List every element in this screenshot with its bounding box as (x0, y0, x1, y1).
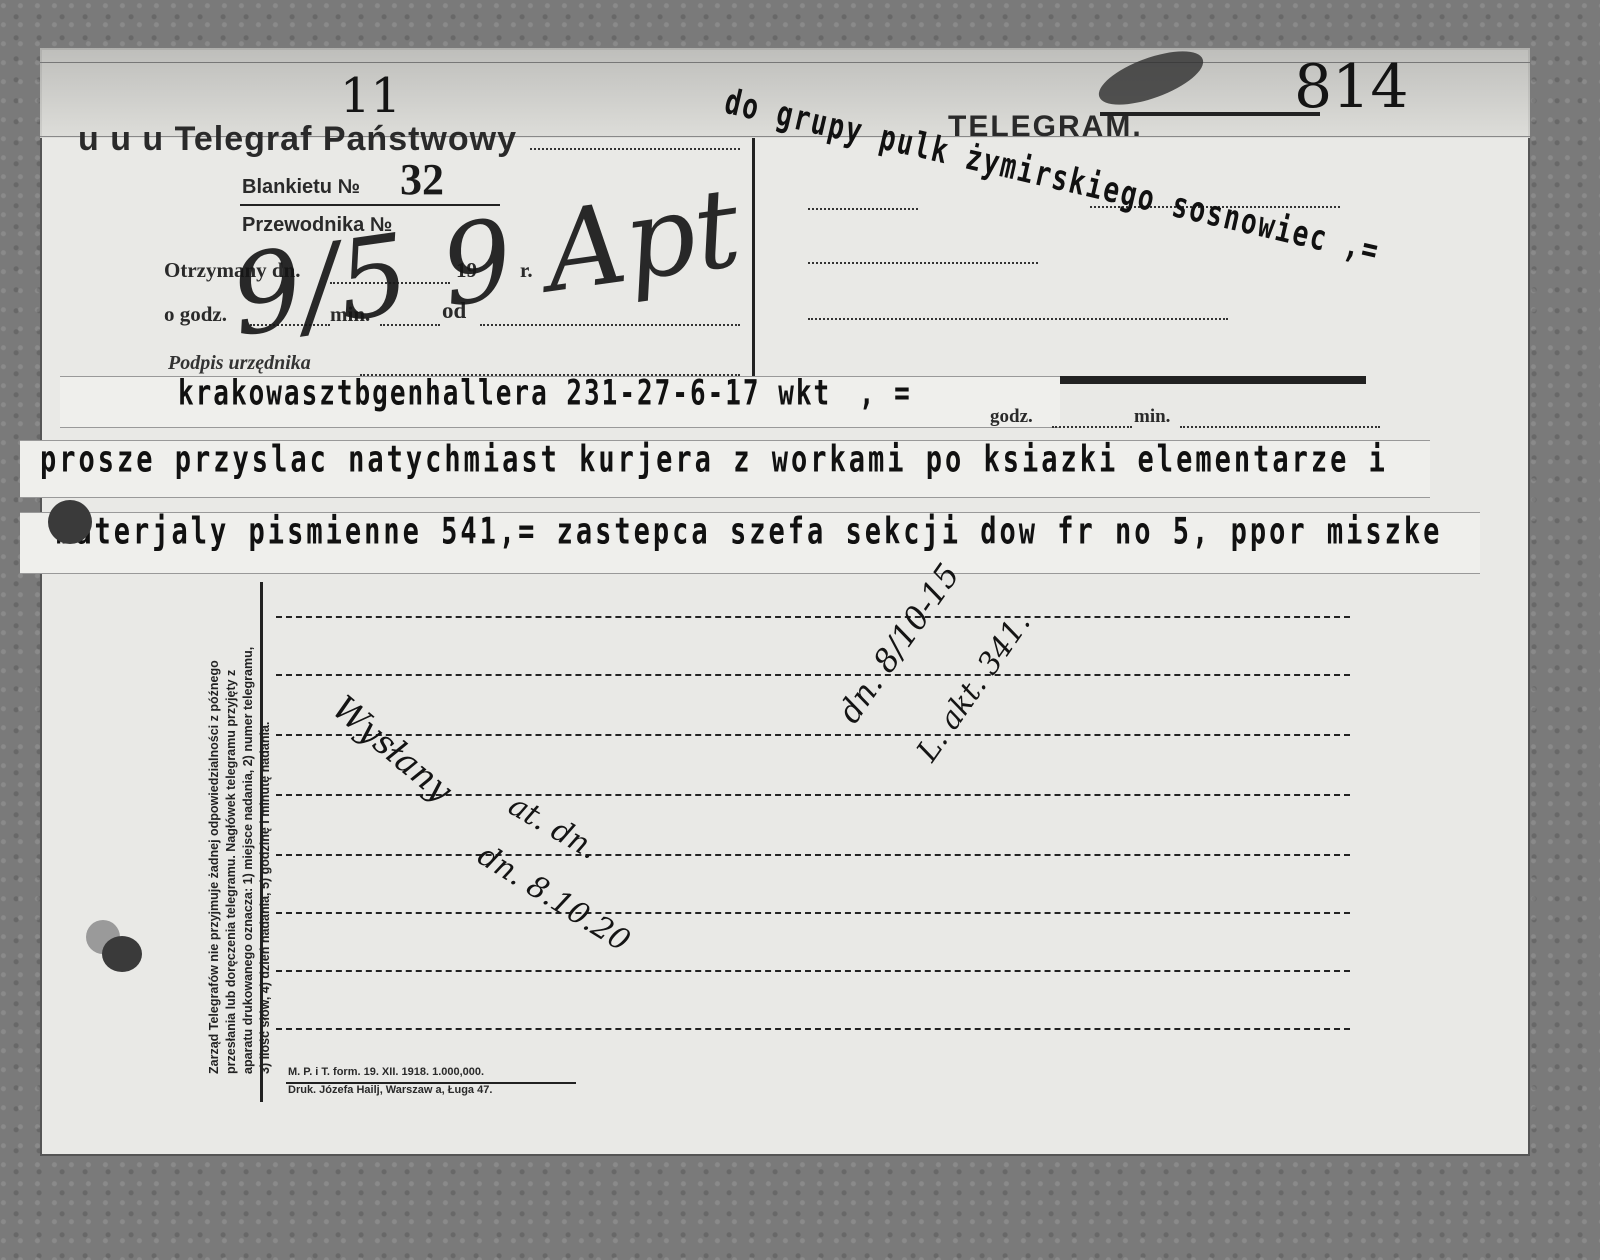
handwritten-mark-top: 11 (340, 68, 401, 124)
footer-printer: Druk. Józefa Hailj, Warszaw a, Ługa 47. (288, 1084, 492, 1096)
title-rule (1100, 112, 1320, 116)
address-thick-rule (1006, 376, 1366, 384)
podpis-label: Podpis urzędnika (168, 352, 311, 375)
annotation-date-left: dn. 8.10.20 (471, 838, 636, 959)
annotation-wyslany: Wysłany (324, 688, 459, 811)
blankiet-value: 32 (400, 154, 444, 205)
blankiet-label: Blankietu № (242, 176, 360, 199)
ink-blot (48, 500, 92, 544)
body-rule (276, 1028, 1350, 1030)
header-line-text: krakowasztbgenhallera 231-27-6-17 wkt , … (178, 374, 912, 415)
office-stamp-prefix: u u u (78, 120, 164, 158)
od-field (480, 324, 740, 326)
office-stamp-name: Telegraf Państwowy (175, 120, 517, 158)
telegram-form: 11 u u u Telegraf Państwowy Blankietu № … (40, 48, 1530, 1156)
body-rule (276, 912, 1350, 914)
body-rule (276, 970, 1350, 972)
office-stamp: u u u Telegraf Państwowy (78, 120, 517, 159)
side-divider (260, 582, 263, 1102)
address-line-1 (808, 208, 918, 210)
header-min-field (1180, 426, 1380, 428)
header-divider (752, 138, 755, 378)
top-right-handwritten: 814 (1294, 52, 1409, 122)
address-line-2 (808, 262, 1038, 264)
body-rule (276, 854, 1350, 856)
message-line-2: materjaly pismienne 541,= zastepca szefa… (56, 511, 1442, 553)
body-rule (276, 734, 1350, 736)
message-line-1: prosze przyslac natychmiast kurjera z wo… (40, 439, 1388, 481)
body-rule (276, 674, 1350, 676)
header-min-label: min. (1134, 406, 1170, 428)
address-line-3 (808, 318, 1228, 320)
header-godz-label: godz. (990, 406, 1033, 428)
footer-form-number: M. P. i T. form. 19. XII. 1918. 1.000,00… (288, 1066, 484, 1078)
body-rule (276, 616, 1350, 618)
dotted-line (530, 148, 740, 150)
ink-blot (102, 936, 142, 972)
godz-label: o godz. (164, 302, 227, 327)
header-godz-field (1052, 426, 1132, 428)
